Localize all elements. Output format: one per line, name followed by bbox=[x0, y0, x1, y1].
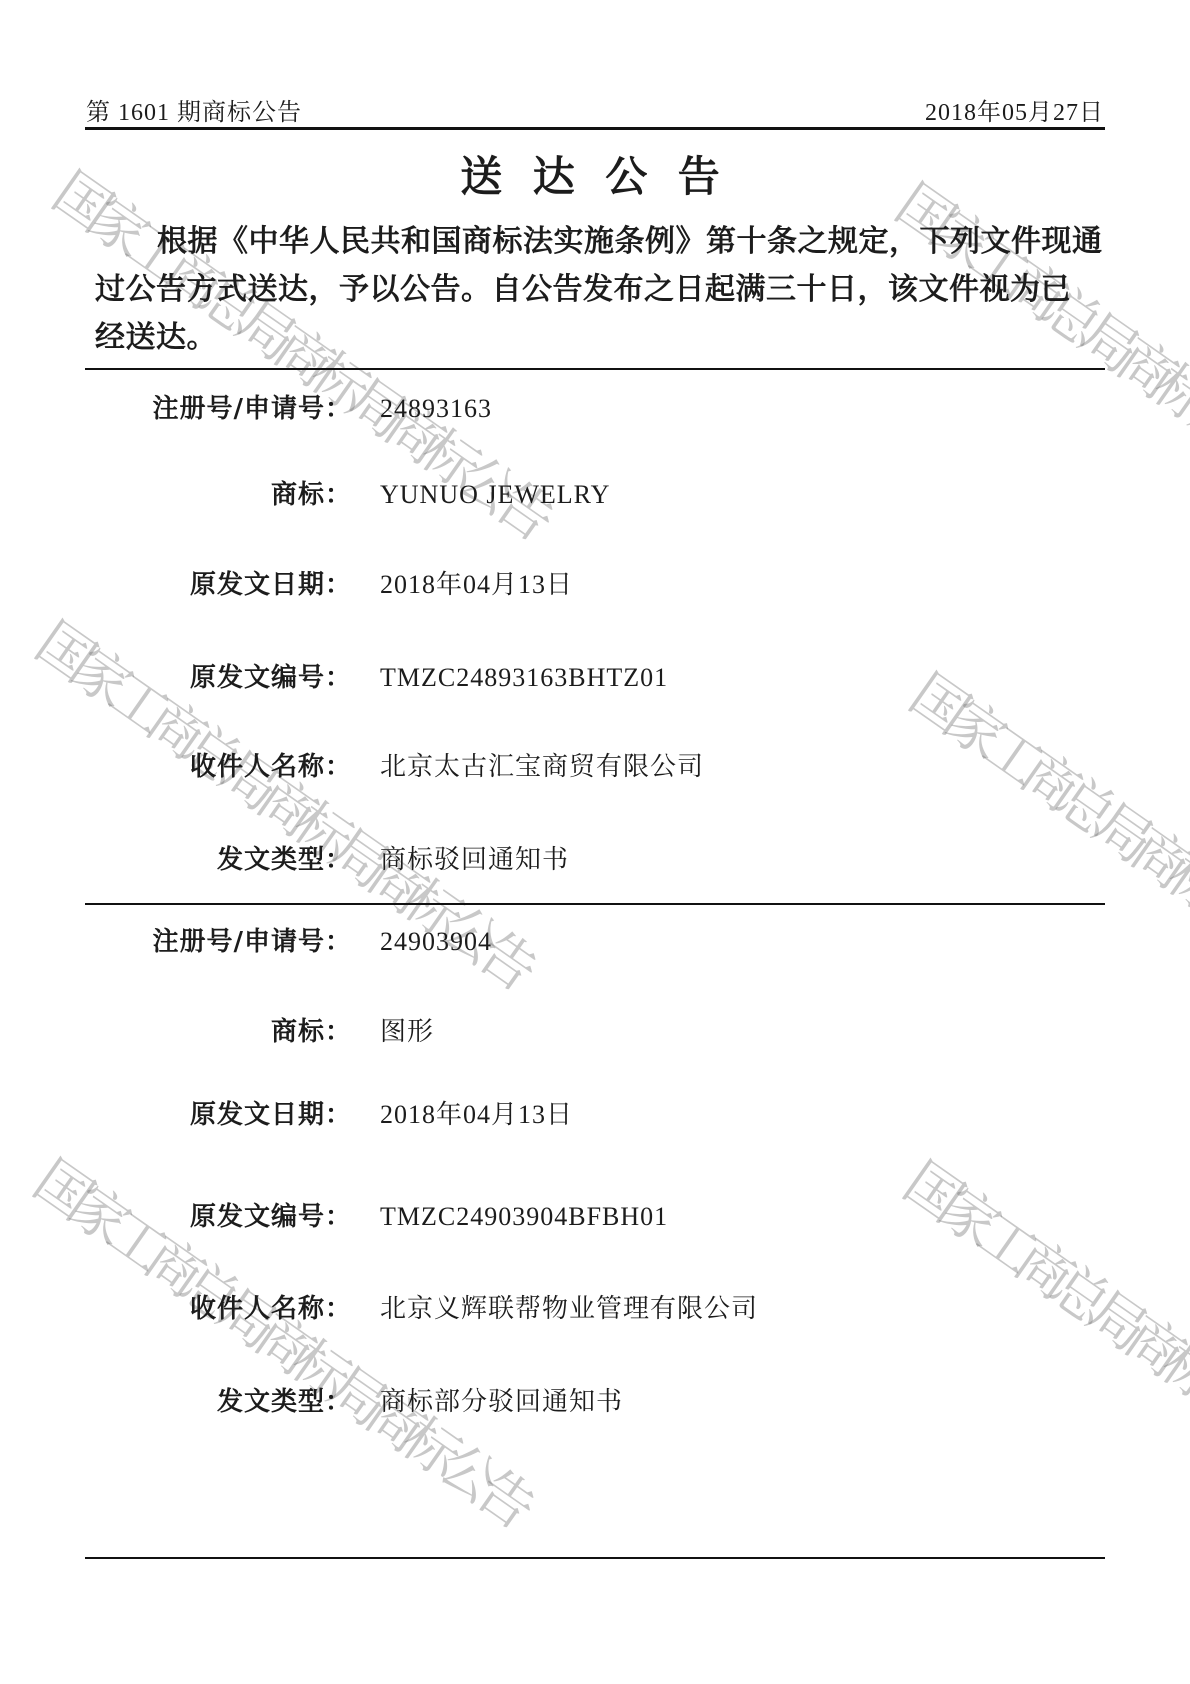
field-label: 原发文日期： bbox=[85, 568, 352, 602]
field-row: 发文类型：商标部分驳回通知书 bbox=[85, 1385, 1105, 1419]
field-row: 商标：图形 bbox=[85, 1015, 1105, 1049]
section-divider bbox=[85, 903, 1105, 905]
field-row: 注册号/申请号：24893163 bbox=[85, 392, 1105, 426]
field-row: 发文类型：商标驳回通知书 bbox=[85, 843, 1105, 877]
field-label: 原发文日期： bbox=[85, 1098, 352, 1132]
gazette-page: 国家工商总局商标局商标公告 国家工商总局商标局商标公告 国家工商总局商标局商标公… bbox=[0, 0, 1190, 1684]
field-label: 注册号/申请号： bbox=[85, 392, 352, 426]
watermark: 国家工商总局商标局商标公告 bbox=[20, 1138, 545, 1539]
page-title: 送 达 公 告 bbox=[0, 144, 1190, 204]
field-value: YUNUO JEWELRY bbox=[380, 478, 610, 512]
field-row: 收件人名称：北京太古汇宝商贸有限公司 bbox=[85, 750, 1105, 784]
field-label: 原发文编号： bbox=[85, 1200, 352, 1234]
field-value: 北京义辉联帮物业管理有限公司 bbox=[380, 1292, 758, 1326]
gazette-issue: 第 1601 期商标公告 bbox=[86, 92, 302, 127]
field-label: 商标： bbox=[85, 1015, 352, 1049]
field-label: 收件人名称： bbox=[85, 750, 352, 784]
field-label: 原发文编号： bbox=[85, 661, 352, 695]
field-row: 商标：YUNUO JEWELRY bbox=[85, 478, 1105, 512]
gazette-date: 2018年05月27日 bbox=[925, 92, 1104, 127]
field-value: 商标驳回通知书 bbox=[380, 843, 569, 877]
intro-paragraph: 根据《中华人民共和国商标法实施条例》第十条之规定，下列文件现通 过公告方式送达，… bbox=[95, 218, 1107, 362]
field-label: 发文类型： bbox=[85, 1385, 352, 1419]
section-divider bbox=[85, 1557, 1105, 1559]
field-value: 图形 bbox=[380, 1015, 434, 1049]
field-value: 北京太古汇宝商贸有限公司 bbox=[380, 750, 704, 784]
field-label: 收件人名称： bbox=[85, 1292, 352, 1326]
header-rule bbox=[85, 127, 1105, 130]
field-value: TMZC24903904BFBH01 bbox=[380, 1200, 668, 1234]
field-value: TMZC24893163BHTZ01 bbox=[380, 661, 668, 695]
field-value: 24893163 bbox=[380, 392, 492, 426]
field-label: 发文类型： bbox=[85, 843, 352, 877]
field-row: 原发文编号：TMZC24893163BHTZ01 bbox=[85, 661, 1105, 695]
field-row: 原发文编号：TMZC24903904BFBH01 bbox=[85, 1200, 1105, 1234]
field-row: 收件人名称：北京义辉联帮物业管理有限公司 bbox=[85, 1292, 1105, 1326]
field-value: 2018年04月13日 bbox=[380, 1098, 573, 1132]
field-label: 注册号/申请号： bbox=[85, 925, 352, 959]
field-row: 注册号/申请号：24903904 bbox=[85, 925, 1105, 959]
field-row: 原发文日期：2018年04月13日 bbox=[85, 568, 1105, 602]
field-value: 商标部分驳回通知书 bbox=[380, 1385, 623, 1419]
field-value: 2018年04月13日 bbox=[380, 568, 573, 602]
section-divider bbox=[85, 368, 1105, 370]
intro-line: 过公告方式送达，予以公告。自公告发布之日起满三十日，该文件视为已 bbox=[95, 266, 1107, 314]
field-row: 原发文日期：2018年04月13日 bbox=[85, 1098, 1105, 1132]
field-label: 商标： bbox=[85, 478, 352, 512]
field-value: 24903904 bbox=[380, 925, 492, 959]
intro-line: 根据《中华人民共和国商标法实施条例》第十条之规定，下列文件现通 bbox=[95, 218, 1107, 266]
intro-line: 经送达。 bbox=[95, 314, 1107, 362]
